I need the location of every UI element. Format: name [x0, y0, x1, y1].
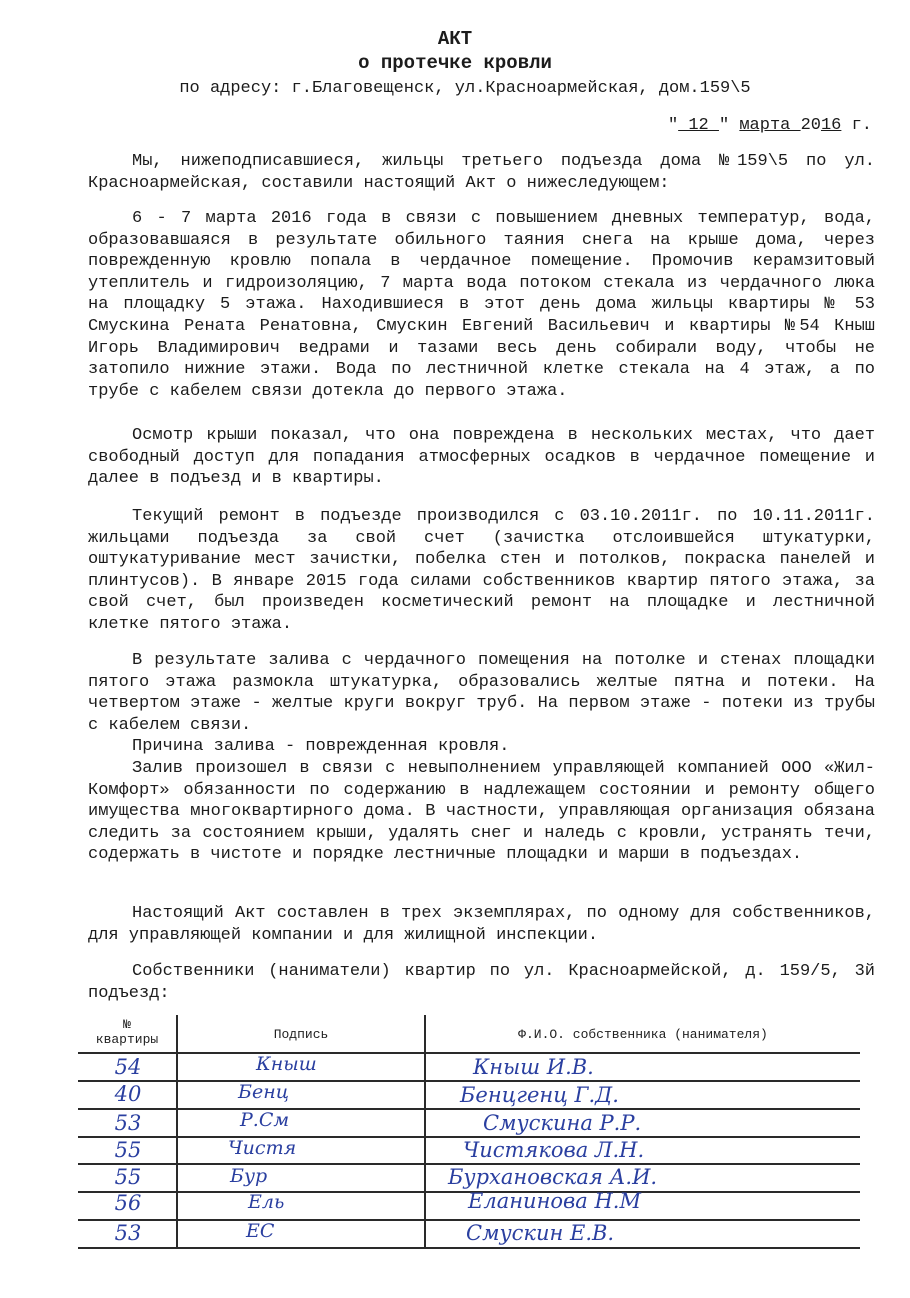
- paragraph-copies: Настоящий Акт составлен в трех экземпляр…: [88, 903, 875, 946]
- paragraph-text: Настоящий Акт составлен в трех экземпляр…: [88, 903, 875, 946]
- table-row-fio: Бенцгенц Г.Д.: [460, 1083, 619, 1107]
- table-row-signature: Р.См: [240, 1109, 390, 1131]
- table-row-fio: Смускина Р.Р.: [483, 1111, 641, 1135]
- header-signature: Подпись: [178, 1027, 424, 1042]
- header-apartment-symbol: №: [78, 1017, 176, 1032]
- paragraph-text: В результате залива с чердачного помещен…: [88, 650, 875, 736]
- table-row-signature: Бур: [230, 1165, 380, 1187]
- table-row-signature: Бенц: [238, 1081, 388, 1103]
- table-row-apartment: 40: [78, 1082, 178, 1106]
- paragraph-intro: Мы, нижеподписавшиеся, жильцы третьего п…: [88, 151, 875, 194]
- paragraph-responsibility: Залив произошел в связи с невыполнением …: [88, 758, 875, 866]
- table-row-signature: Ель: [248, 1191, 398, 1213]
- paragraph-text: Осмотр крыши показал, что она повреждена…: [88, 425, 875, 490]
- column-divider: [424, 1015, 426, 1247]
- table-row-apartment: 56: [78, 1191, 178, 1215]
- document-title: АКТ: [0, 28, 910, 50]
- date-year-suffix: 16: [821, 116, 841, 135]
- date-suffix: г.: [841, 116, 872, 135]
- date-day: 12: [678, 116, 719, 135]
- table-row-fio: Чистякова Л.Н.: [463, 1138, 644, 1162]
- table-row-apartment: 53: [78, 1221, 178, 1245]
- date-year-prefix: 20: [801, 116, 821, 135]
- date-quote-close: ": [719, 116, 729, 135]
- header-apartment-label: квартиры: [78, 1032, 176, 1047]
- row-line: [78, 1247, 860, 1249]
- row-line: [78, 1052, 860, 1054]
- paragraph-text: 6 - 7 марта 2016 года в связи с повышени…: [88, 208, 875, 402]
- table-row-apartment: 55: [78, 1165, 178, 1189]
- paragraph-text: Мы, нижеподписавшиеся, жильцы третьего п…: [88, 151, 875, 194]
- paragraph-text: Текущий ремонт в подъезде производился с…: [88, 506, 875, 636]
- table-row-apartment: 55: [78, 1138, 178, 1162]
- header-fio: Ф.И.О. собственника (нанимателя): [426, 1027, 860, 1042]
- table-row-apartment: 53: [78, 1111, 178, 1135]
- table-row-signature: Чистя: [228, 1137, 378, 1159]
- paragraph-owners: Собственники (наниматели) квартир по ул.…: [88, 961, 875, 1004]
- paragraph-repair: Текущий ремонт в подъезде производился с…: [88, 506, 875, 636]
- paragraph-damage: В результате залива с чердачного помещен…: [88, 650, 875, 866]
- date-month: марта: [739, 116, 800, 135]
- date-quote-open: ": [668, 116, 678, 135]
- paragraph-cause: Причина залива - поврежденная кровля.: [88, 736, 875, 758]
- table-row-fio: Смускин Е.В.: [466, 1221, 614, 1245]
- paragraph-inspection: Осмотр крыши показал, что она повреждена…: [88, 425, 875, 490]
- owners-signature-table: № квартиры Подпись Ф.И.О. собственника (…: [78, 1015, 860, 1250]
- document-date: " 12 " марта 2016 г.: [668, 116, 872, 135]
- table-row-signature: ЕС: [246, 1220, 396, 1242]
- document-address: по адресу: г.Благовещенск, ул.Красноарме…: [0, 79, 910, 98]
- row-line: [78, 1108, 860, 1110]
- table-row-fio: Кныш И.В.: [473, 1055, 594, 1079]
- header-apartment: № квартиры: [78, 1017, 176, 1047]
- table-row-fio: Еланинова Н.М: [468, 1189, 641, 1213]
- table-row-signature: Кныш: [256, 1053, 406, 1075]
- paragraph-incident: 6 - 7 марта 2016 года в связи с повышени…: [88, 208, 875, 402]
- table-row-fio: Бурхановская А.И.: [448, 1165, 657, 1189]
- paragraph-text: Собственники (наниматели) квартир по ул.…: [88, 961, 875, 1004]
- table-row-apartment: 54: [78, 1055, 178, 1079]
- row-line: [78, 1080, 860, 1082]
- document-subtitle: о протечке кровли: [0, 52, 910, 74]
